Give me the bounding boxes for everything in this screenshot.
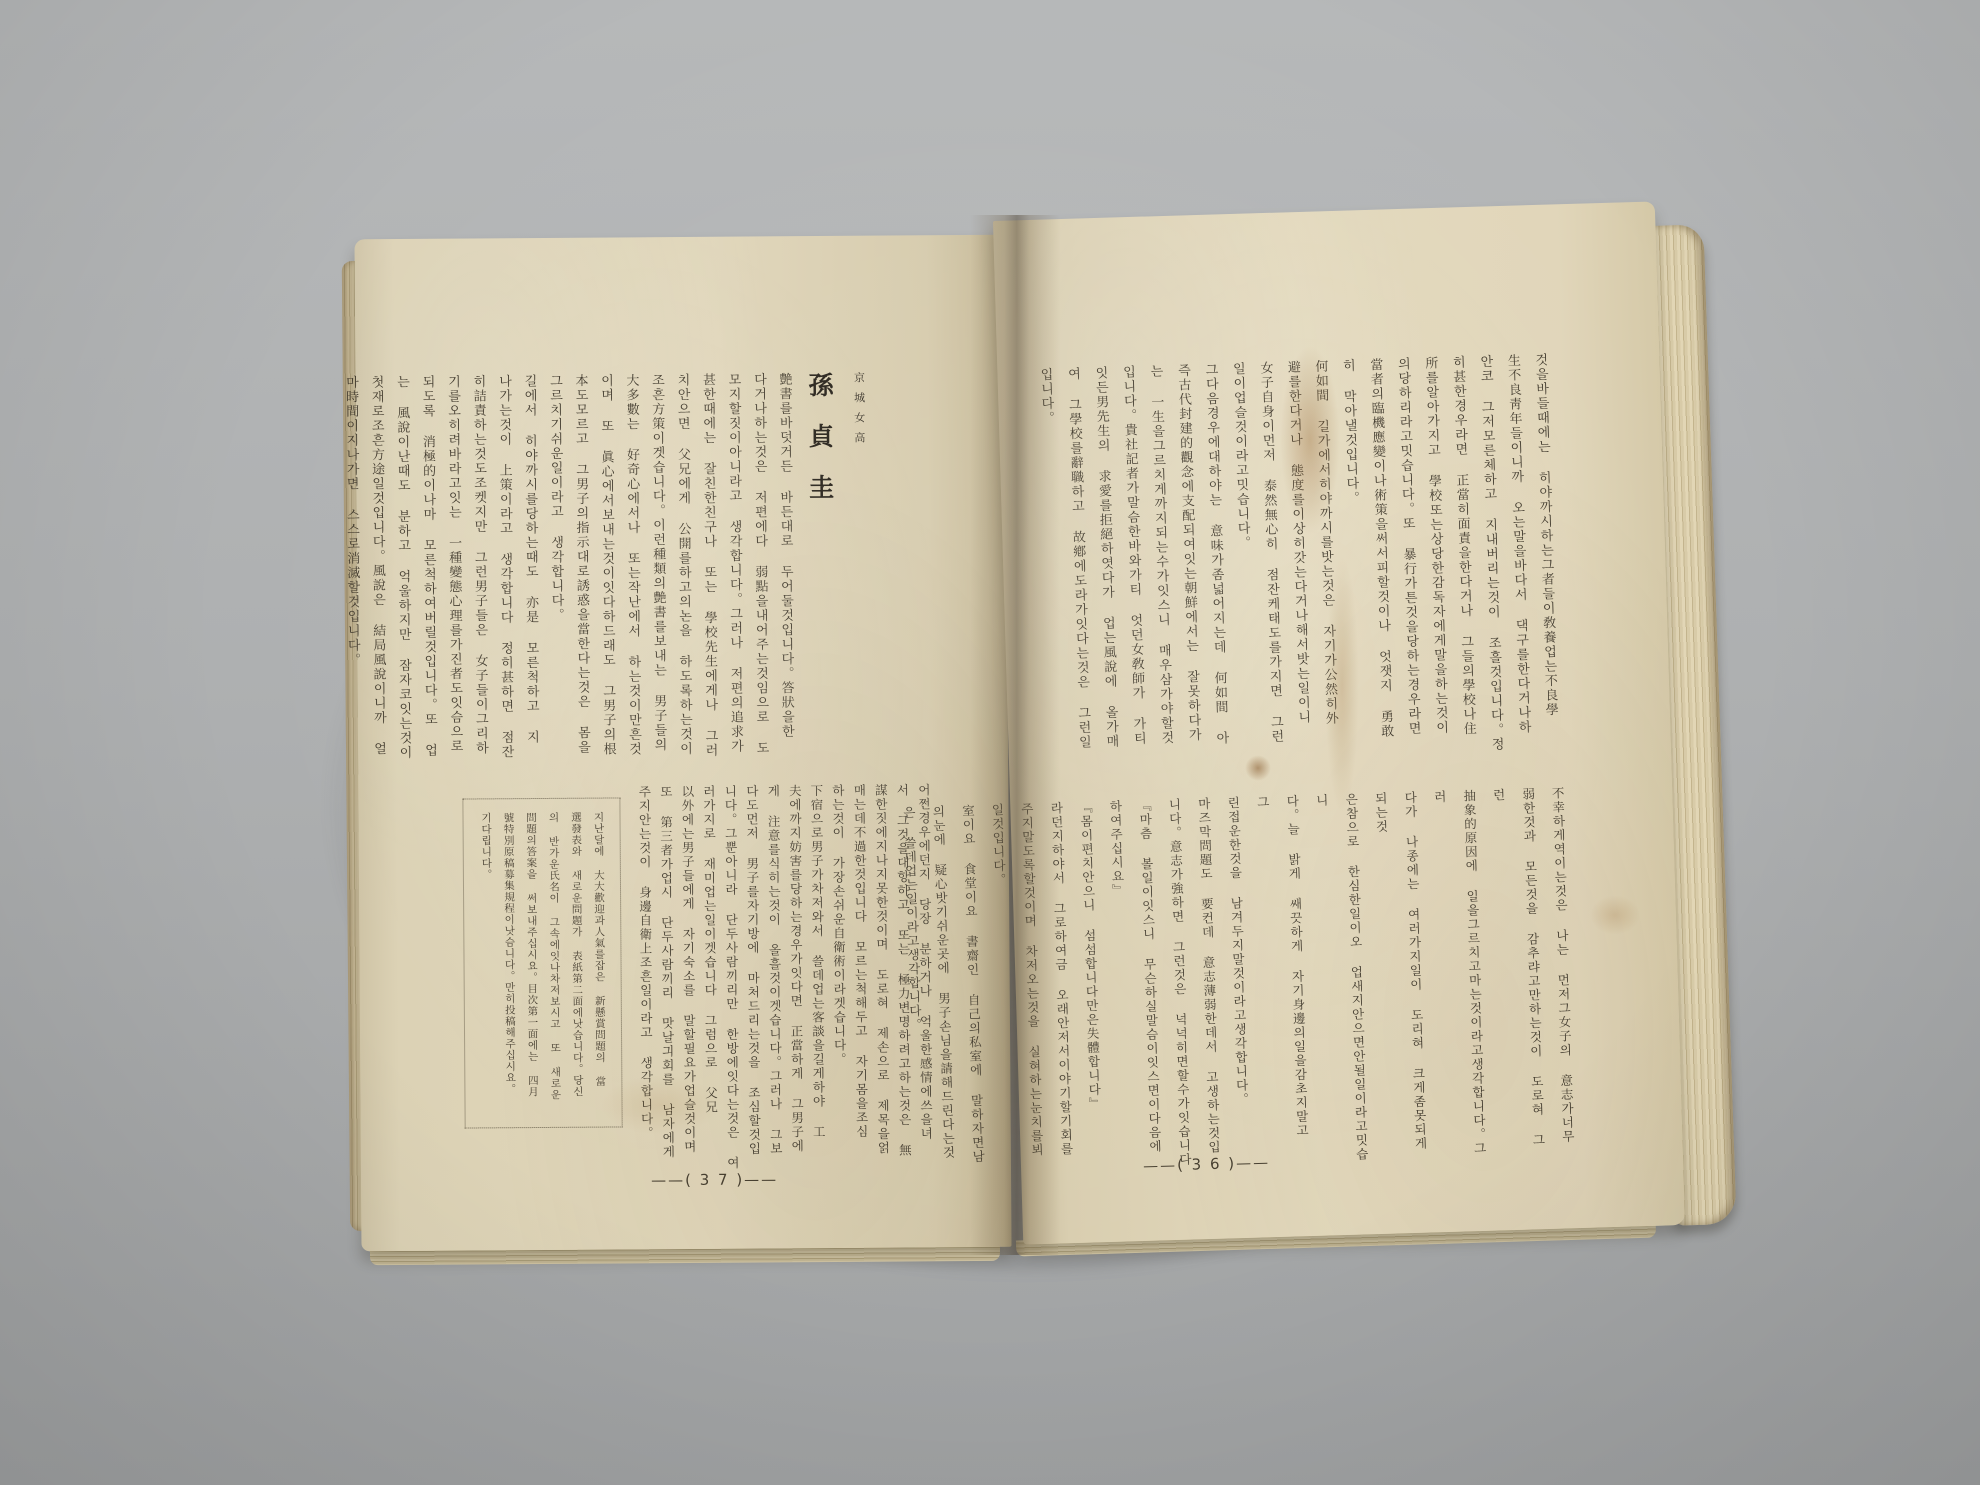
notice-text-column: 기다립니다。 [474,812,499,1114]
text-column: 다가 나종에는 여러가지일이 도리혀 크게좀못되게되는것 [1366,790,1436,1164]
notice-text-column: 問題의答案을 써보내주십시요。目次第一面에는 四月 [519,812,544,1114]
school-label: 京城女高 [846,372,873,525]
right-page: 것을바들때에는 히야까시하는그者들이敎養업는不良學生不良靑年들이니까 오는말을바… [993,201,1685,1244]
text-column: 謀한짓에지나지못한것이며 도로혀 제손으로 제목을얽 [870,784,894,1182]
text-column: 길에서 히야까시를당하는때도 亦是 모른척하고 지 [516,374,544,798]
text-column: 모지할짓이아니라고 생각합니다。그러나 저편의追求가 [720,373,748,797]
text-column: 甚한때에는 잘친한친구나 또는 學校先生에게나 그러 [694,373,722,797]
text-column: 주지안는것이 身邊自衛上조흔일이라고 생각합니다。 [633,785,657,1183]
text-column: 조흔方策이겟습니다。이런種類의艶書를보내는 男子들의 [643,373,671,797]
text-column: 그르치기쉬운일이라고 생각합니다。 [541,374,569,798]
text-column: 다거나하는것은 저편에다 弱點을내어주는것임으로 도 [745,372,773,796]
text-column: 첫재로조흔方途일것입니다。風說은 結局風說이니까 얼 [363,375,391,799]
text-column: 되도록 消極的이나마 모른척하여버릴것입니다。또 업 [414,375,442,799]
text-column: 는 風說이난때도 분하고 억울하지만 잠자코잇는것이 [388,375,416,799]
text-column: 치안으면 父兄에게 公開를하고의논을 하도록하는것이 [669,373,697,797]
notice-box: 지난달에 大大歡迎과人氣를잡은 新懸賞問題의 當選發表와 새로운問題가 表紙第二… [462,797,622,1128]
text-column: 은참으로 한심한일이오 업새지안으면안될일이라고밋습니 [1307,792,1377,1166]
page-number-left: ——( 3 7 )—— [651,1170,778,1189]
text-column: 이며 또 眞心에서보내는것이잇다하드래도 그男子의根 [592,373,620,797]
text-column: 下宿으로男子가차저와서 쓸데업는客談을길게하야 工 [805,784,829,1182]
text-column: 하는것이 가장손쉬운自衛術이라겟습니다。 [827,784,851,1182]
text-column: 게 注意를식히는것이 올흘것이겟습니다。그러나 그보 [762,784,786,1182]
left-top-text-band: 京城女高 孫貞圭 艶書를바덧거든 바든대로 두어둘것입니다。答狀을한다거나하는것… [441,371,936,798]
left-bottom-text-band: 어쩐경우에던지 당장 분하거나 억울한感情에쓰을녀서 그것을대항하고 또는 極力… [626,783,937,1183]
text-column: 다。늘 밝게 쌔끗하게 자기身邊의일을감초지말고 그 [1248,794,1318,1168]
text-column: 大多數는 好奇心에서나 또는작난에서 하는것이만흔것 [618,373,646,797]
open-book: 京城女高 孫貞圭 艶書를바덧거든 바든대로 두어둘것입니다。答狀을한다거나하는것… [340,195,1710,1280]
text-column: 히詰責하는것도조켓지만 그런男子들은 女子들이그리하 [465,374,493,798]
page-number-right: ——( 3 6 )—— [1143,1153,1271,1175]
text-column: 夫에까지妨害를당하는경우가잇다면 正當하게 그男子에 [784,784,808,1182]
text-column: 니다。그뿐아니라 단두사람끼리만 한방에잇다는것은 여 [719,785,743,1183]
text-column: 抽象的原因에 일을그르치고마는것이라고생각합니다。그러 [1425,789,1495,1163]
right-top-text-band: 것을바들때에는 히야까시하는그者들이敎養업는不良學生不良靑年들이니까 오는말을바… [1019,352,1566,812]
text-column: 本도모르고 그男子의指示대로誘惑을當한다는것은 몸을 [567,374,595,798]
text-column: 다도먼저 男子를자기방에 마처드리는것을 조심할것입 [741,784,765,1182]
text-column: 매는데不過한것입니다 모르는척해두고 자기몸을조심 [848,784,872,1182]
text-column: 또 第三者가업시 단두사람끼리 맛날긔회를 남자에게 [655,785,679,1183]
text-column: 艶書를바덧거든 바든대로 두어둘것입니다。答狀을한 [771,372,799,796]
text-column: 弱한것과 모든것을 감추랴고만하는것이 도로혀 그런 [1484,787,1554,1161]
author-name: 孫貞圭 [806,372,833,525]
notice-text-column: 지난달에 大大歡迎과人氣를잡은 新懸賞問題의 當 [587,812,612,1114]
text-column: 기를오히려바라고잇는 一種變態心理를가진者도잇슴으로 [439,375,467,799]
notice-text-column: 의 반가운氏名이 그속에잇나차저보시고 또 새로운 [542,812,567,1114]
text-column: 마時間이지나가면 스스로消滅할것입니다。 [337,375,365,799]
right-bottom-text-band: 不幸하게역이는것은 나는 먼저그女子의 意志가너무弱한것과 모든것을 감추랴고만… [1026,786,1583,1174]
notice-text-column: 選發表와 새로운問題가 表紙第二面에낫습니다。당신 [564,812,589,1114]
text-column: 나가는것이 上策이라고 생각합니다 정히甚하면 점잔 [490,374,518,798]
notice-text-column: 號特別原稿募集規程이낫슴니다。만히投稿해주십시요。 [497,812,522,1114]
article-heading: 京城女高 孫貞圭 [806,371,930,525]
text-column: 러가지로 재미업는일이겟습니다 그럼으로 父兄 [698,785,722,1183]
text-column: 以外에는男子들에게 자기숙소를 말할필요가업슬것이며 [676,785,700,1183]
